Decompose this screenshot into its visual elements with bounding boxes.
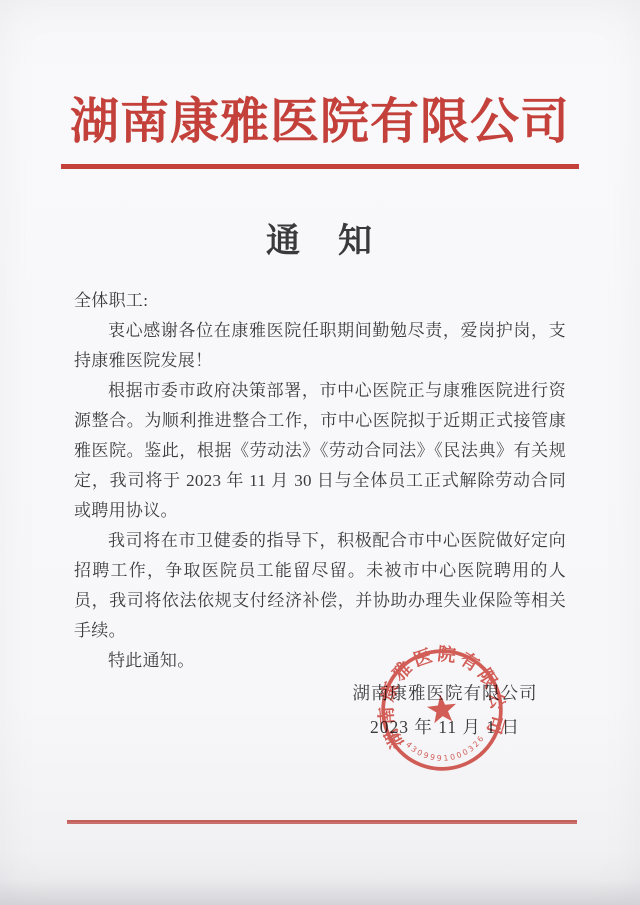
signature-block: 湖南康雅医院有限公司 2023 年 11 月 1 日 [0,676,640,744]
signature-inner: 湖南康雅医院有限公司 2023 年 11 月 1 日 [353,676,538,744]
body-paragraph-3: 我司将在市卫健委的指导下，积极配合市中心医院做好定向招聘工作，争取医院员工能留尽… [74,526,566,646]
document-body: 全体职工: 衷心感谢各位在康雅医院任职期间勤勉尽责，爱岗护岗，支持康雅医院发展！… [74,286,566,676]
body-paragraph-1: 衷心感谢各位在康雅医院任职期间勤勉尽责，爱岗护岗，支持康雅医院发展！ [74,316,566,376]
letterhead-divider-line [61,164,579,169]
footer-divider-line [67,820,577,824]
body-paragraph-4-closing: 特此通知。 [74,646,566,676]
letterhead-company-title: 湖南康雅医院有限公司 [0,0,640,154]
signature-date: 2023 年 11 月 1 日 [353,710,538,744]
body-paragraph-2: 根据市委市政府决策部署，市中心医院正与康雅医院进行资源整合。为顺利推进整合工作，… [74,376,566,526]
notice-document-page: 湖南康雅医院有限公司 通 知 全体职工: 衷心感谢各位在康雅医院任职期间勤勉尽责… [0,0,640,905]
letterhead: 湖南康雅医院有限公司 [0,0,640,169]
document-title: 通 知 [0,213,640,262]
signature-company-name: 湖南康雅医院有限公司 [353,676,538,710]
salutation-line: 全体职工: [74,286,566,316]
